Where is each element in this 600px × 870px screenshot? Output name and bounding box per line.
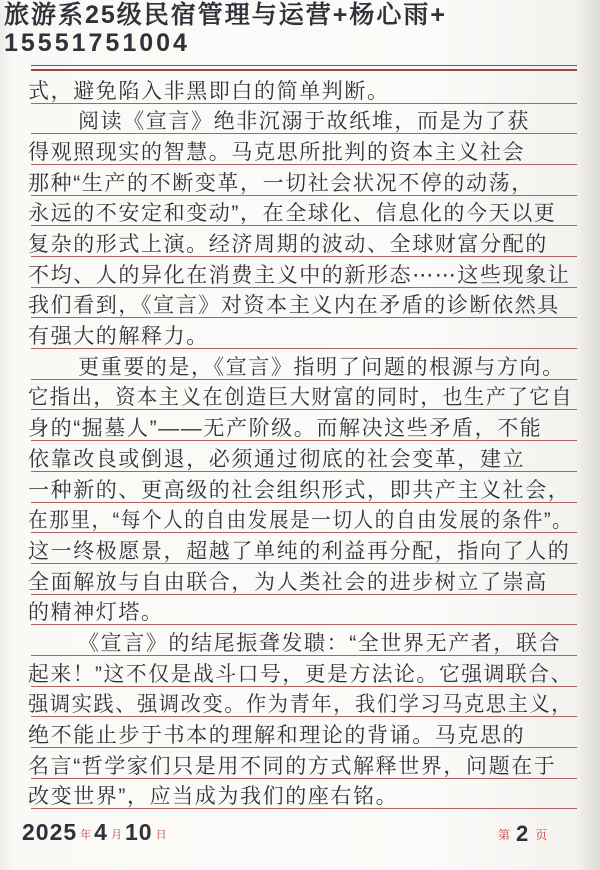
essay-line-text: 阅读《宣言》绝非沉溺于故纸堆，而是为了获 [78,111,530,132]
essay-line-text: 起来！”这不仅是战斗口号，更是方法论。它强调联合、 [28,664,573,685]
handwritten-essay-page: 旅游系25级民宿管理与运营+杨心雨+ 15551751004 式，避免陷入非黑即… [0,0,600,870]
phone-number-line: 15551751004 [4,29,447,57]
footer-page-number: 第2页 [492,821,553,847]
page-number-value: 2 [516,821,529,846]
essay-line-11: 它指出，资本主义在创造巨大财富的同时，也生产了它自 [31,380,577,411]
essay-line-22: 绝不能止步于书本的理解和理论的背诵。马克思的 [31,717,577,748]
essay-line-text: 全面解放与自由联合，为人类社会的进步树立了崇高 [28,572,548,593]
page-prefix-label: 第 [492,828,516,842]
essay-line-text: 我们看到，《宣言》对资本主义内在矛盾的诊断依然具 [28,295,560,316]
date-year-label: 年 [77,829,94,841]
essay-line-text: 这一终极愿景，超越了单纯的利益再分配，指向了人的 [28,541,570,562]
essay-line-text: 式，避免陷入非黑即白的简单判断。 [28,81,390,102]
top-double-rule-upper [31,65,577,66]
essay-line-text: 一种新的、更高级的社会组织形式，即共产主义社会， [28,480,570,501]
essay-line-14: 一种新的、更高级的社会组织形式，即共产主义社会， [31,472,577,503]
student-info-header: 旅游系25级民宿管理与运营+杨心雨+ 15551751004 [4,1,447,57]
essay-line-text: 在那里，“每个人的自由发展是一切人的自由发展的条件”。 [28,510,573,531]
essay-line-text: 名言“哲学家们只是用不同的方式解释世界，问题在于 [28,756,556,777]
essay-line-5: 永远的不安定和变动”，在全球化、信息化的今天以更 [31,196,577,227]
essay-line-text: 更重要的是，《宣言》指明了问题的根源与方向。 [78,357,565,378]
essay-line-18: 的精神灯塔。 [31,595,577,626]
essay-line-6: 复杂的形式上演。经济周期的波动、全球财富分配的 [31,226,577,257]
student-info-line: 旅游系25级民宿管理与运营+杨心雨+ [4,1,447,29]
date-month-value: 4 [94,819,108,845]
essay-line-text: 改变世界”，应当成为我们的座右铭。 [28,786,398,807]
essay-line-text: 《宣言》的结尾振聋发聩：“全世界无产者，联合 [78,633,561,654]
essay-line-17: 全面解放与自由联合，为人类社会的进步树立了崇高 [31,564,577,595]
essay-line-23: 名言“哲学家们只是用不同的方式解释世界，问题在于 [31,748,577,779]
essay-line-text: 那种“生产的不断变革，一切社会状况不停的动荡， [28,173,534,194]
top-double-rule-lower [31,69,577,70]
essay-line-text: 强调实践、强调改变。作为青年，我们学习马克思主义， [28,694,573,715]
essay-line-text: 复杂的形式上演。经济周期的波动、全球财富分配的 [28,234,548,255]
essay-line-text: 永远的不安定和变动”，在全球化、信息化的今天以更 [28,203,556,224]
page-suffix-label: 页 [529,828,553,842]
footer-date: 2025年4月10日 [22,819,170,846]
essay-line-8: 我们看到，《宣言》对资本主义内在矛盾的诊断依然具 [31,288,577,319]
essay-line-text: 不均、人的异化在消费主义中的新形态⋯⋯这些现象让 [28,265,570,286]
essay-line-1: 式，避免陷入非黑即白的简单判断。 [31,73,577,104]
essay-line-10: 更重要的是，《宣言》指明了问题的根源与方向。 [31,349,577,380]
ruled-lines: 式，避免陷入非黑即白的简单判断。阅读《宣言》绝非沉溺于故纸堆，而是为了获得观照现… [31,73,577,810]
essay-line-3: 得观照现实的智慧。马克思所批判的资本主义社会 [31,134,577,165]
essay-line-text: 绝不能止步于书本的理解和理论的背诵。马克思的 [28,725,525,746]
essay-line-15: 在那里，“每个人的自由发展是一切人的自由发展的条件”。 [31,503,577,534]
essay-line-text: 有强大的解释力。 [28,326,209,347]
essay-line-2: 阅读《宣言》绝非沉溺于故纸堆，而是为了获 [31,104,577,135]
essay-line-24: 改变世界”，应当成为我们的座右铭。 [31,779,577,810]
essay-line-13: 依靠改良或倒退，必须通过彻底的社会变革，建立 [31,441,577,472]
date-month-label: 月 [108,829,125,841]
essay-line-21: 强调实践、强调改变。作为青年，我们学习马克思主义， [31,687,577,718]
essay-line-20: 起来！”这不仅是战斗口号，更是方法论。它强调联合、 [31,656,577,687]
date-day-value: 10 [125,819,153,845]
date-year-value: 2025 [22,819,77,845]
essay-line-text: 身的“掘墓人”——无产阶级。而解决这些矛盾，不能 [28,418,542,439]
date-day-label: 日 [153,829,170,841]
essay-line-text: 的精神灯塔。 [28,602,164,623]
essay-line-text: 得观照现实的智慧。马克思所批判的资本主义社会 [28,142,525,163]
essay-line-9: 有强大的解释力。 [31,318,577,349]
essay-line-7: 不均、人的异化在消费主义中的新形态⋯⋯这些现象让 [31,257,577,288]
essay-line-12: 身的“掘墓人”——无产阶级。而解决这些矛盾，不能 [31,410,577,441]
essay-line-19: 《宣言》的结尾振聋发聩：“全世界无产者，联合 [31,625,577,656]
essay-line-4: 那种“生产的不断变革，一切社会状况不停的动荡， [31,165,577,196]
essay-line-text: 它指出，资本主义在创造巨大财富的同时，也生产了它自 [28,387,573,408]
essay-line-16: 这一终极愿景，超越了单纯的利益再分配，指向了人的 [31,533,577,564]
essay-line-text: 依靠改良或倒退，必须通过彻底的社会变革，建立 [28,449,525,470]
